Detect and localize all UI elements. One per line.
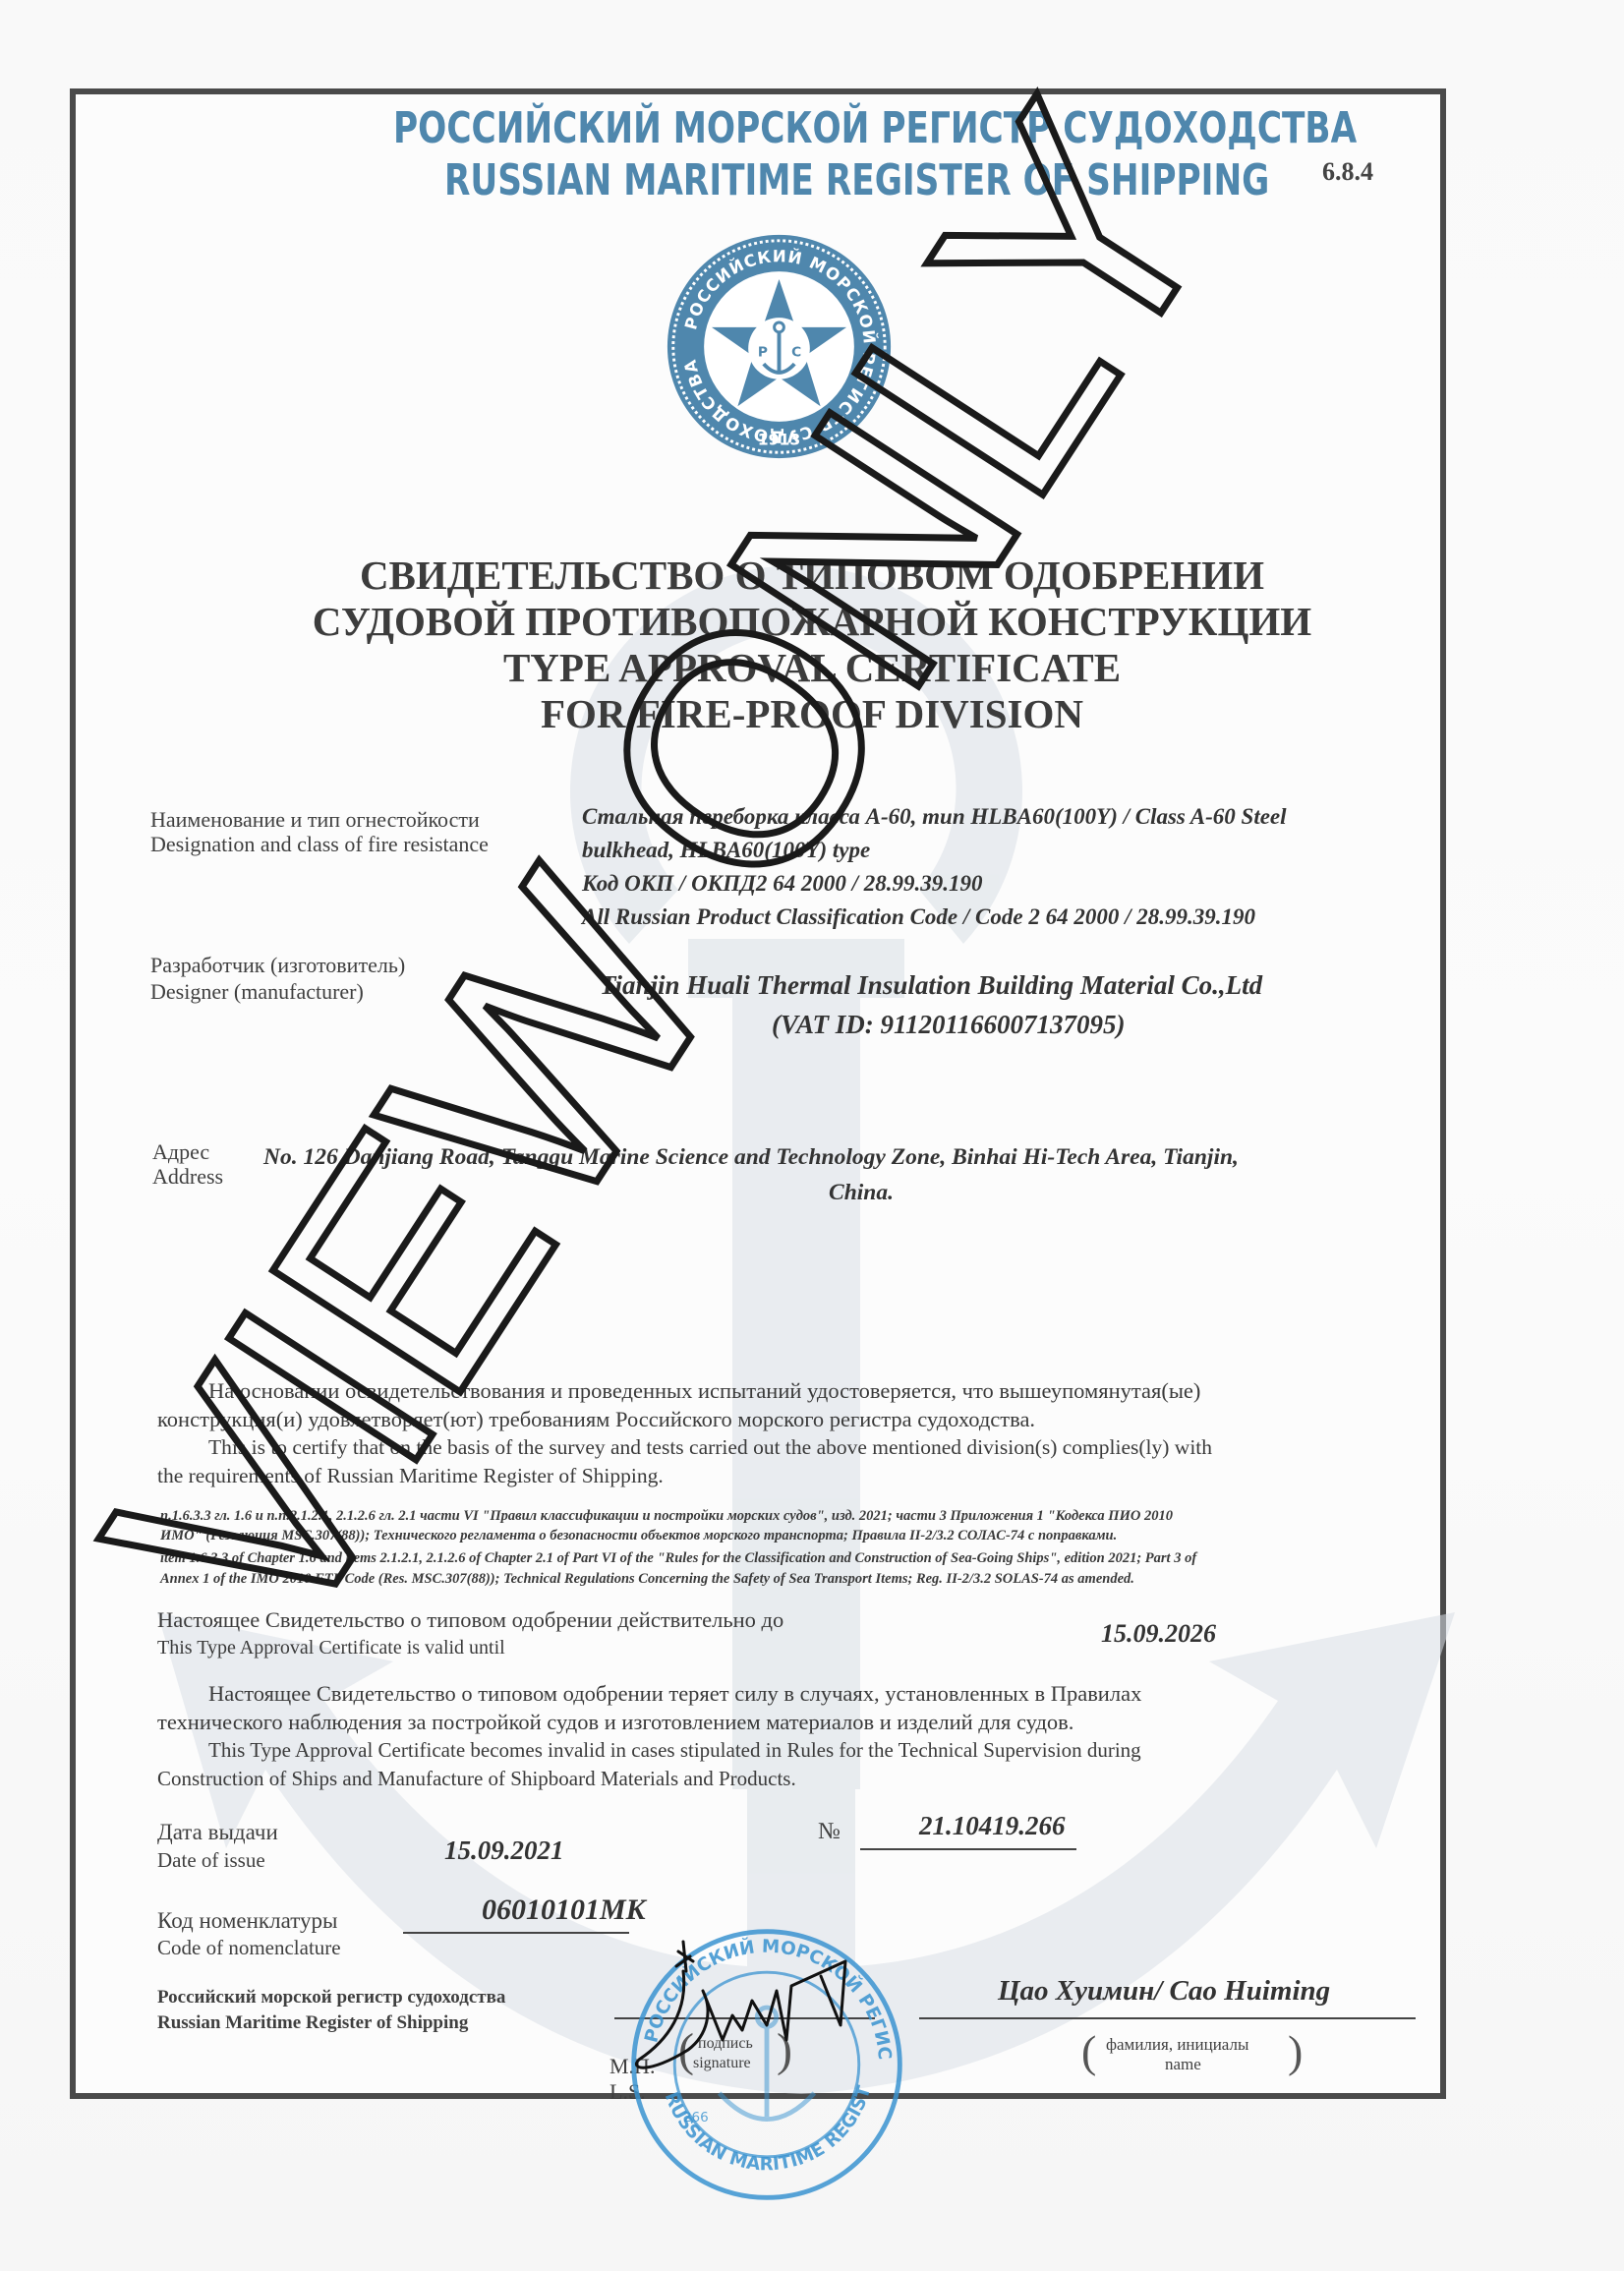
reference-ru-2: ИМО" (Резолюция MSC.307(88)); Техническо… <box>160 1526 1117 1545</box>
manufacturer-label-en: Designer (manufacturer) <box>150 978 364 1005</box>
title-en-line2: FOR FIRE-PROOF DIVISION <box>0 689 1624 738</box>
signature-org-en: Russian Maritime Register of Shipping <box>157 2009 468 2036</box>
certification-en-1: This is to certify that on the basis of … <box>208 1433 1212 1462</box>
invalidity-en-2: Construction of Ships and Manufacture of… <box>157 1765 796 1793</box>
name-underline <box>919 2017 1416 2019</box>
handwritten-signature <box>629 1932 983 2079</box>
certification-ru-2: конструкция(и) удовлетворяет(ют) требова… <box>157 1405 1035 1433</box>
number-symbol: № <box>818 1819 841 1845</box>
okp-code-value: Код ОКП / ОКПД2 64 2000 / 28.99.39.190 <box>582 867 983 901</box>
reference-ru-1: п.1.6.3.3 гл. 1.6 и п.п.2.1.2.1, 2.1.2.6… <box>160 1506 1173 1526</box>
svg-text:266: 266 <box>683 2110 709 2125</box>
signer-name: Цао Хуимин/ Cao Huiming <box>998 1974 1330 2008</box>
nomenclature-underline <box>403 1932 629 1934</box>
name-paren-close: ) <box>1288 2025 1303 2077</box>
validity-label-en: This Type Approval Certificate is valid … <box>157 1634 505 1662</box>
title-ru-line2: СУДОВОЙ ПРОТИВОПОЖАРНОЙ КОНСТРУКЦИИ <box>0 597 1624 646</box>
manufacturer-vat-id: (VAT ID: 911201166007137095) <box>772 1008 1126 1041</box>
address-label-ru: Адрес <box>152 1138 209 1165</box>
rs-emblem-icon: РОССИЙСКИЙ МОРСКОЙ РЕГИСТР СУДОХОДСТВА 1… <box>664 231 895 462</box>
manufacturer-label-ru: Разработчик (изготовитель) <box>150 952 405 978</box>
product-classification-code-value: All Russian Product Classification Code … <box>582 901 1255 934</box>
nomenclature-code: 06010101MK <box>482 1893 646 1927</box>
reference-en-1: item 1.6.3.3 of Chapter 1.6 and items 2.… <box>160 1548 1196 1568</box>
org-name-en: RUSSIAN MARITIME REGISTER OF SHIPPING <box>444 155 1269 205</box>
name-caption-en: name <box>1165 2051 1201 2077</box>
certificate-number: 21.10419.266 <box>919 1809 1066 1842</box>
validity-label-ru: Настоящее Свидетельство о типовом одобре… <box>157 1605 783 1634</box>
issue-date-label-en: Date of issue <box>157 1847 265 1874</box>
nomenclature-label-ru: Код номенклатуры <box>157 1907 337 1934</box>
nomenclature-label-en: Code of nomenclature <box>157 1935 341 1961</box>
issue-date-label-ru: Дата выдачи <box>157 1819 278 1845</box>
reference-en-2: Annex 1 of the IMO 2010 FTP Code (Res. M… <box>160 1569 1134 1589</box>
invalidity-ru-2: технического наблюдения за постройкой су… <box>157 1708 1073 1736</box>
valid-until-date: 15.09.2026 <box>1101 1617 1216 1651</box>
name-paren-open: ( <box>1081 2025 1096 2077</box>
certification-en-2: the requirements of Russian Maritime Reg… <box>157 1462 664 1490</box>
designation-value-1: Стальная переборка класса А-60, тип HLBA… <box>582 800 1287 834</box>
signature-org-ru: Российский морской регистр судоходства <box>157 1984 505 2010</box>
certification-ru-1: На основании освидетельствования и прове… <box>208 1376 1200 1405</box>
number-underline <box>860 1848 1076 1850</box>
form-number: 6.8.4 <box>1322 157 1373 187</box>
designation-label-ru: Наименование и тип огнестойкости <box>150 806 480 833</box>
designation-value-2: bulkhead, HLBA60(100Y) type <box>582 834 870 867</box>
invalidity-ru-1: Настоящее Свидетельство о типовом одобре… <box>208 1679 1141 1708</box>
org-name-ru: РОССИЙСКИЙ МОРСКОЙ РЕГИСТР СУДОХОДСТВА <box>393 103 1357 153</box>
title-ru-line1: СВИДЕТЕЛЬСТВО О ТИПОВОМ ОДОБРЕНИИ <box>0 551 1624 600</box>
address-value-2: China. <box>0 1176 1624 1209</box>
designation-label-en: Designation and class of fire resistance <box>150 831 489 857</box>
manufacturer-name: Tianjin Huali Thermal Insulation Buildin… <box>600 968 1262 1002</box>
address-value-1: No. 126 Danjiang Road, Tanggu Marine Sci… <box>263 1140 1239 1174</box>
issue-date-value: 15.09.2021 <box>444 1834 564 1867</box>
svg-text:1913: 1913 <box>758 430 801 448</box>
invalidity-en-1: This Type Approval Certificate becomes i… <box>208 1736 1141 1765</box>
title-en-line1: TYPE APPROVAL CERTIFICATE <box>0 643 1624 692</box>
svg-text:С: С <box>791 344 801 360</box>
svg-text:Р: Р <box>758 344 768 360</box>
